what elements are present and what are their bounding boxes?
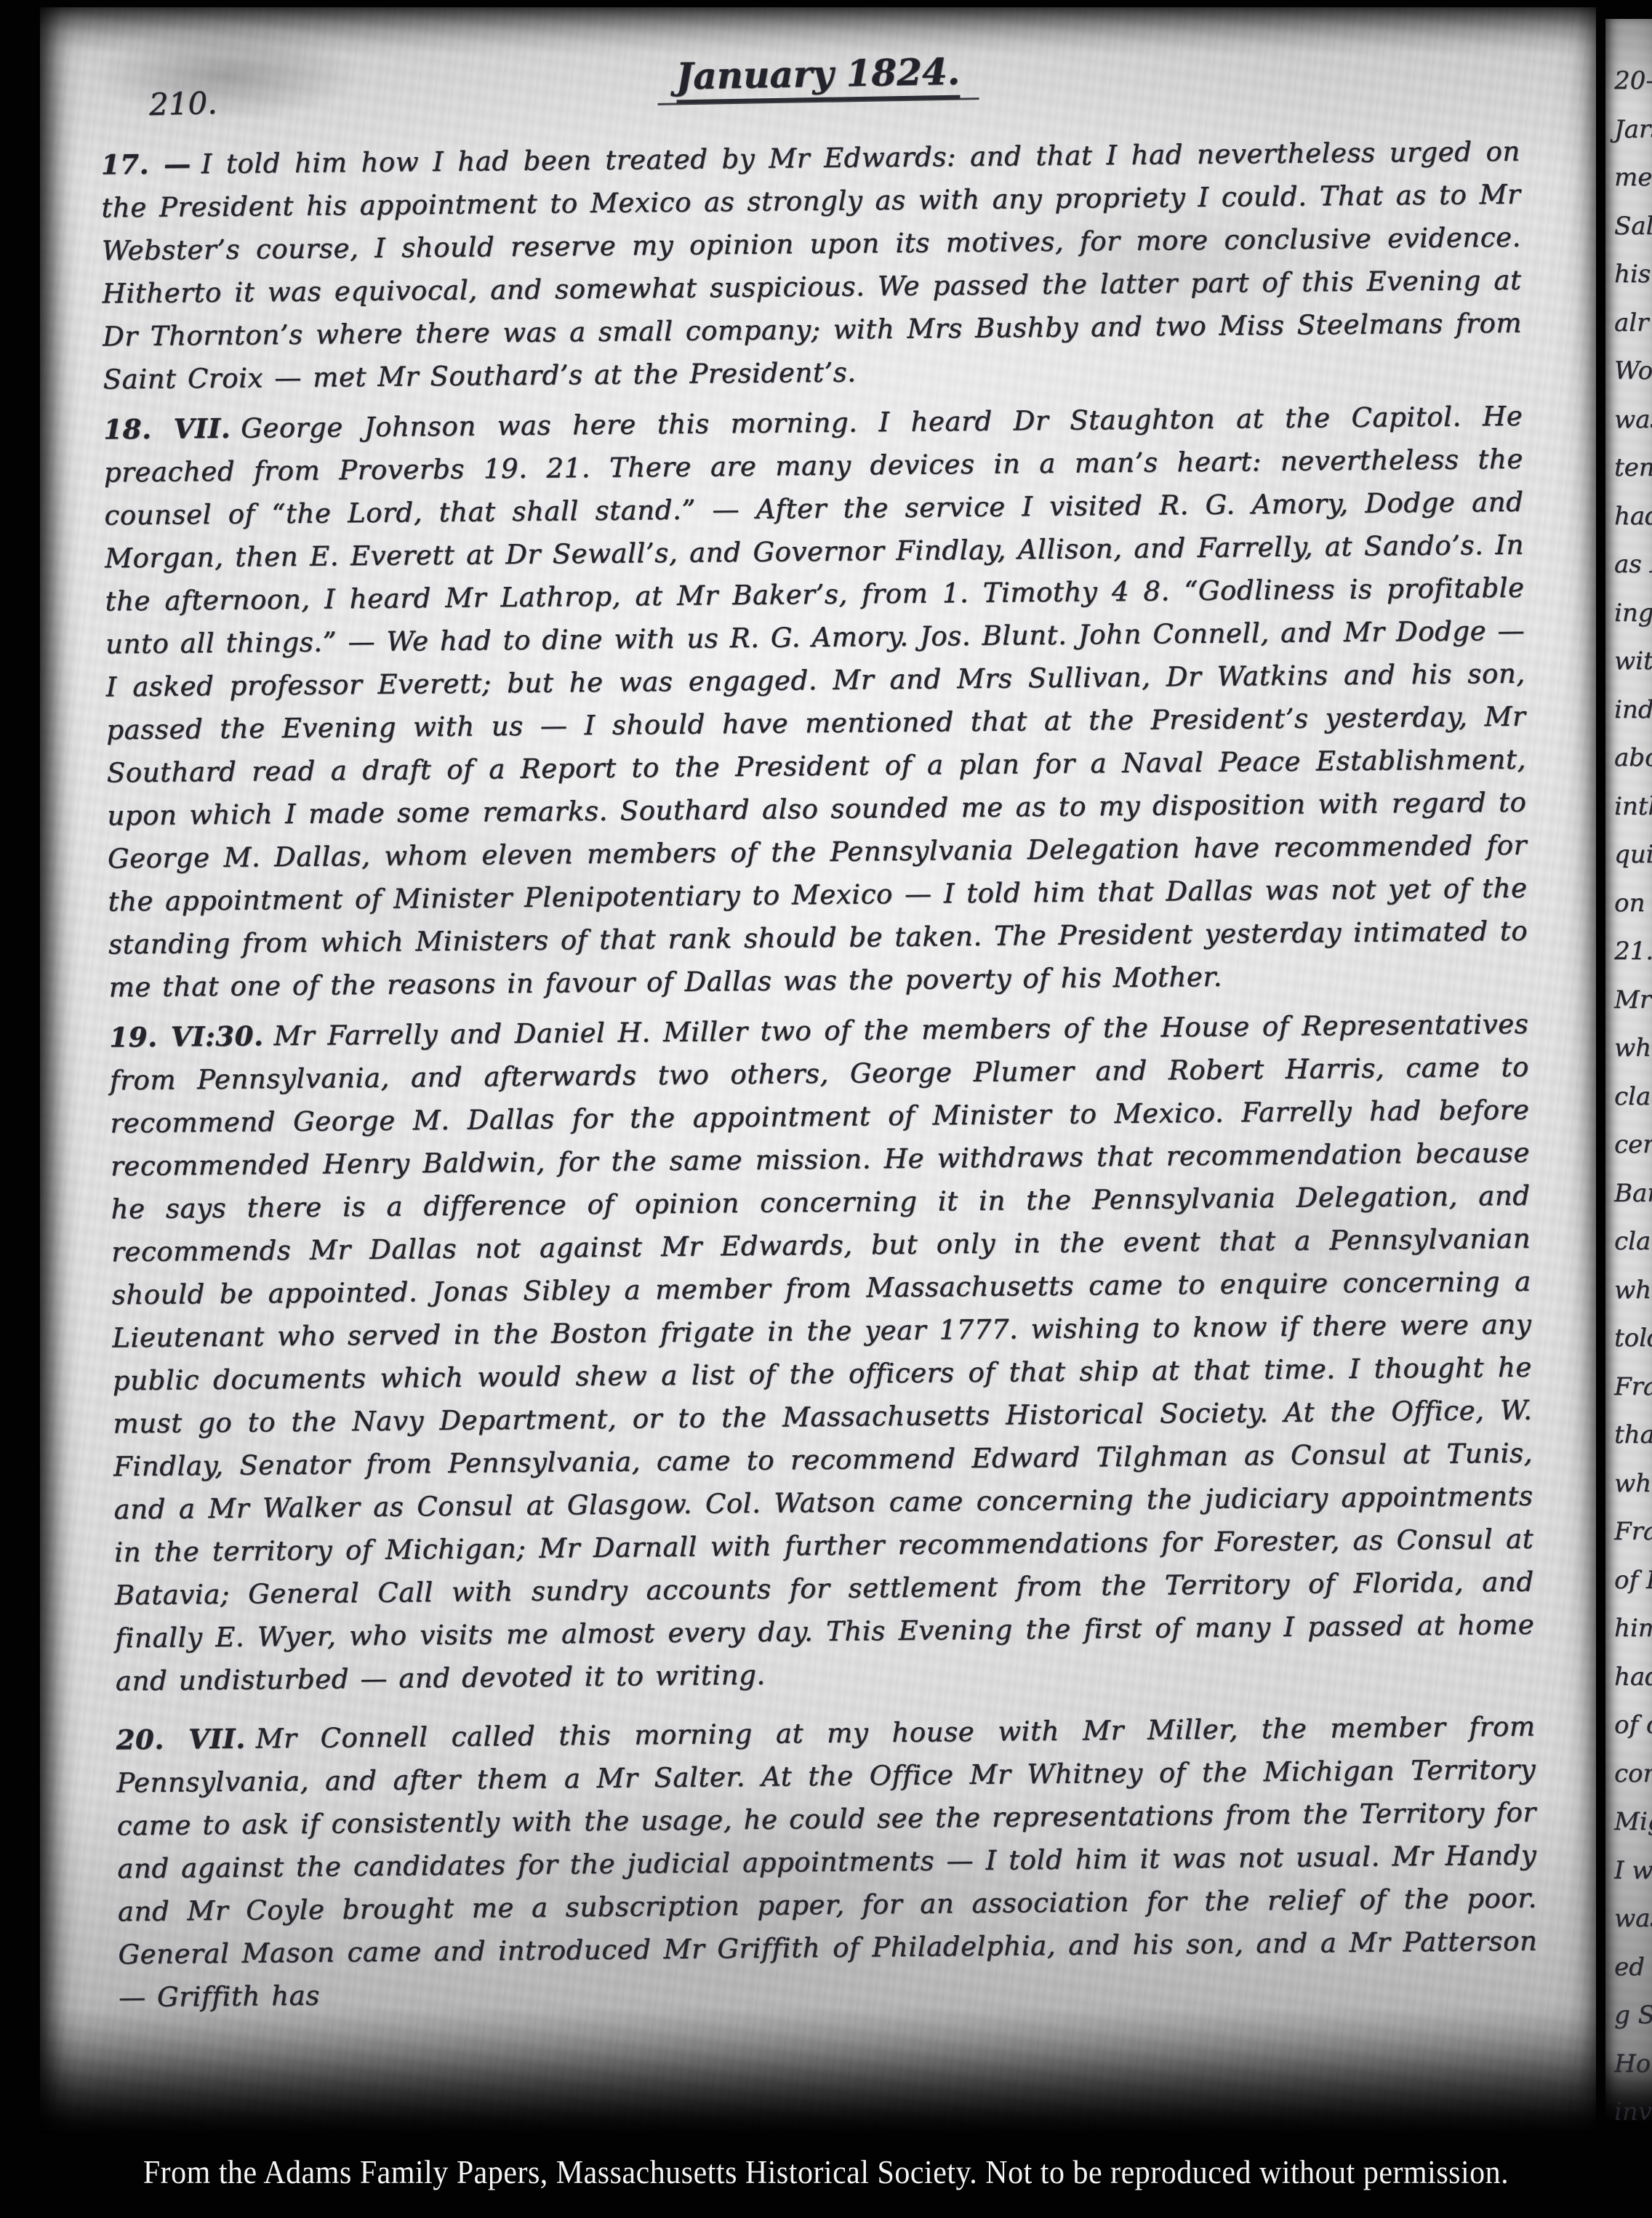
adjacent-line-fragment: clau <box>1605 1073 1652 1121</box>
adjacent-line-fragment: as P <box>1605 540 1652 589</box>
diary-entry: 19. VI:30.Mr Farrelly and Daniel H. Mill… <box>109 1003 1535 1703</box>
adjacent-line-fragment: indi <box>1605 686 1652 734</box>
adjacent-line-fragment: claim <box>1605 1217 1652 1266</box>
adjacent-line-fragment: Mig <box>1605 1798 1652 1846</box>
heading-underline-text: January 1824. <box>675 50 961 104</box>
adjacent-line-fragment: com <box>1605 1750 1652 1798</box>
adjacent-line-fragment: Salt <box>1605 202 1652 251</box>
month-year-heading: January 1824. <box>657 49 979 105</box>
adjacent-line-fragment: me <box>1605 153 1652 202</box>
credit-bar: From the Adams Family Papers, Massachuse… <box>0 2145 1652 2218</box>
adjacent-line-fragment: inth <box>1605 782 1652 831</box>
adjacent-line-fragment: quio <box>1605 830 1652 879</box>
adjacent-line-fragment: was <box>1605 396 1652 444</box>
adjacent-line-fragment: which <box>1605 1460 1652 1508</box>
entry-day-label: 18. VII. <box>103 412 241 446</box>
entry-day-label: 20. VII. <box>116 1722 255 1755</box>
adjacent-line-fragment: of Phi <box>1605 1556 1652 1605</box>
adjacent-line-fragment: invit <box>1605 2088 1652 2121</box>
adjacent-line-fragment: had <box>1605 492 1652 541</box>
adjacent-line-fragment: Barb <box>1605 1169 1652 1218</box>
adjacent-line-fragment: who <box>1605 1024 1652 1073</box>
adjacent-line-fragment: Woo <box>1605 347 1652 396</box>
adjacent-line-fragment: certa <box>1605 1121 1652 1169</box>
adjacent-page-strip: 20— Jars me Salt his a alr Woo was ten h… <box>1605 19 1652 2121</box>
adjacent-line-fragment: ed to <box>1605 1943 1652 1992</box>
entry-day-label: 19. VI:30. <box>109 1020 273 1053</box>
adjacent-line-fragment: abou <box>1605 734 1652 782</box>
adjacent-line-fragment: of o <box>1605 1701 1652 1750</box>
entry-day-label: 17. — <box>101 148 201 180</box>
adjacent-line-fragment: told r <box>1605 1314 1652 1363</box>
adjacent-line-fragment: Fran <box>1605 1508 1652 1556</box>
diary-entry: 18. VII.George Johnson was here this mor… <box>103 395 1528 1009</box>
adjacent-line-fragment: Mr ( <box>1605 976 1652 1025</box>
adjacent-line-fragment: Jars <box>1605 105 1652 154</box>
adjacent-line-fragment: g So <box>1605 1991 1652 2040</box>
adjacent-line-fragment: had <box>1605 1653 1652 1702</box>
adjacent-line-fragment: 20— <box>1605 57 1652 105</box>
adjacent-line-fragment: Fran <box>1605 1363 1652 1412</box>
adjacent-line-fragment: his a <box>1605 250 1652 299</box>
adjacent-line-fragment: with <box>1605 637 1652 686</box>
adjacent-line-fragment: whom <box>1605 1266 1652 1315</box>
credit-caption: From the Adams Family Papers, Massachuse… <box>0 2154 1652 2192</box>
diary-entry: 17. —I told him how I had been treated b… <box>101 130 1523 401</box>
adjacent-line-fragment: I wa <box>1605 1846 1652 1895</box>
page-header-row: January 1824. <box>40 39 1597 116</box>
scan-background: 210. January 1824. 17. —I told him how I… <box>0 0 1652 2218</box>
adjacent-line-fragment: that <box>1605 1411 1652 1460</box>
adjacent-line-fragment: him <box>1605 1604 1652 1653</box>
diary-entry: 20. VII.Mr Connell called this morning a… <box>116 1705 1538 2019</box>
entry-text: I told him how I had been treated by Mr … <box>101 136 1522 396</box>
adjacent-line-fragment: alr <box>1605 299 1652 348</box>
adjacent-line-fragment: 21.V <box>1605 927 1652 976</box>
entry-text: Mr Farrelly and Daniel H. Miller two of … <box>110 1009 1535 1697</box>
adjacent-line-fragment: Hou <box>1605 2040 1652 2089</box>
adjacent-line-fragment: ing <box>1605 589 1652 638</box>
adjacent-line-fragment: on t <box>1605 879 1652 928</box>
adjacent-line-fragment: was <box>1605 1894 1652 1943</box>
diary-entries: 17. —I told him how I had been treated b… <box>101 130 1539 2027</box>
entry-text: George Johnson was here this morning. I … <box>104 401 1528 1004</box>
entry-text: Mr Connell called this morning at my hou… <box>116 1711 1538 2014</box>
adjacent-line-fragment: ten <box>1605 444 1652 492</box>
manuscript-page: 210. January 1824. 17. —I told him how I… <box>40 7 1596 2134</box>
